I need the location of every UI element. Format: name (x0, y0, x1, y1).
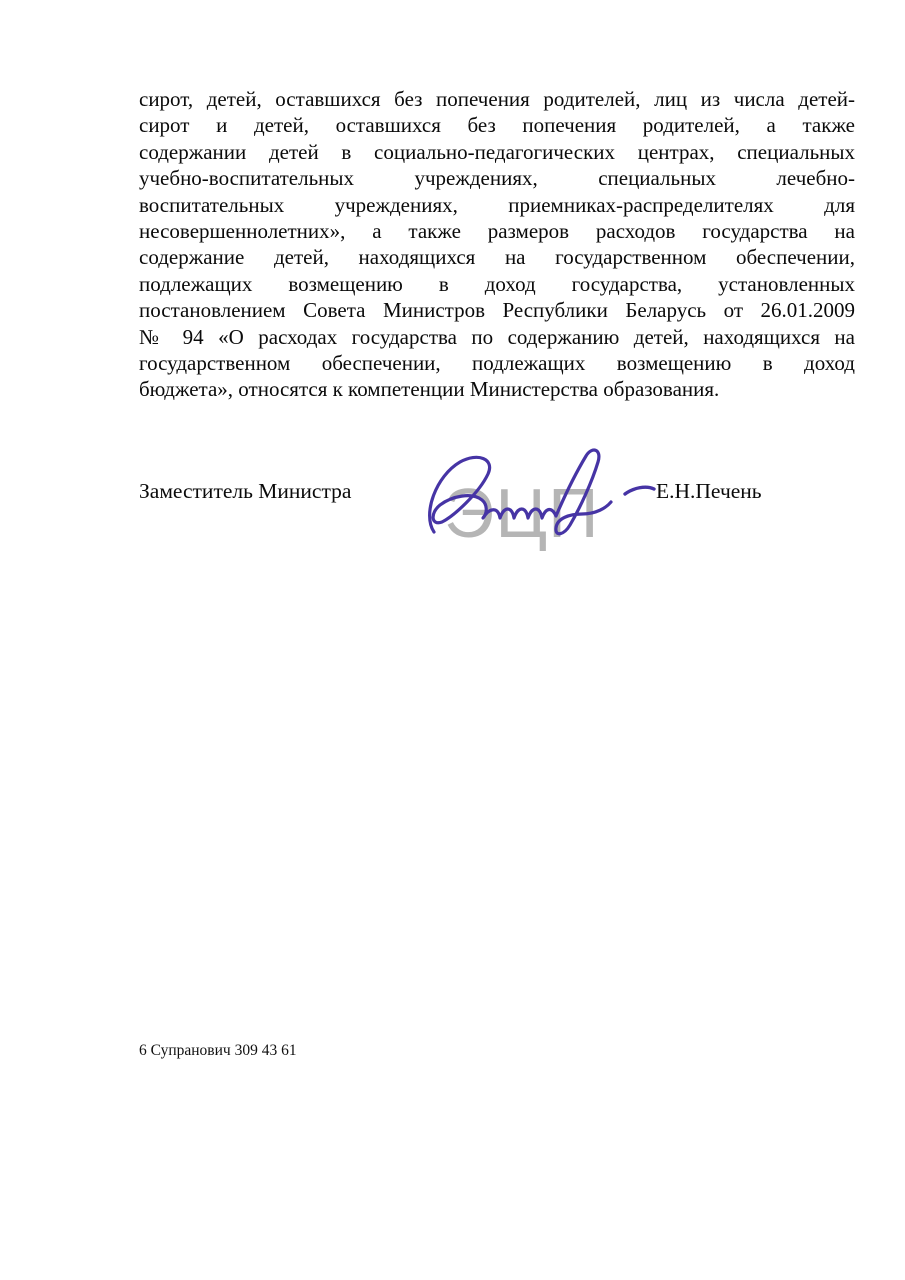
signer-name: Е.Н.Печень (656, 479, 762, 504)
body-line: № 94 «О расходах государства по содержан… (139, 324, 855, 350)
signature-ink-dash (625, 487, 654, 494)
body-line: несовершеннолетних», а также размеров ра… (139, 218, 855, 244)
body-line: подлежащих возмещению в доход государств… (139, 271, 855, 297)
signature-area: ЭЦП (420, 444, 670, 569)
signer-position-label: Заместитель Министра (139, 479, 351, 504)
signature-ink-stroke (430, 450, 611, 534)
body-line: содержание детей, находящихся на государ… (139, 244, 855, 270)
body-line: учебно-воспитательных учреждениях, специ… (139, 165, 855, 191)
document-page: сирот, детей, оставшихся без попечения р… (0, 0, 905, 1280)
body-line: сирот и детей, оставшихся без попечения … (139, 112, 855, 138)
body-line: бюджета», относятся к компетенции Минист… (139, 376, 855, 402)
executor-footer-note: 6 Супранович 309 43 61 (139, 1042, 297, 1060)
body-line: постановлением Совета Министров Республи… (139, 297, 855, 323)
body-line: государственном обеспечении, подлежащих … (139, 350, 855, 376)
handwritten-signature-icon (420, 444, 670, 569)
body-paragraph: сирот, детей, оставшихся без попечения р… (139, 86, 855, 403)
body-line: сирот, детей, оставшихся без попечения р… (139, 86, 855, 112)
body-line: содержании детей в социально-педагогичес… (139, 139, 855, 165)
body-line: воспитательных учреждениях, приемниках-р… (139, 192, 855, 218)
